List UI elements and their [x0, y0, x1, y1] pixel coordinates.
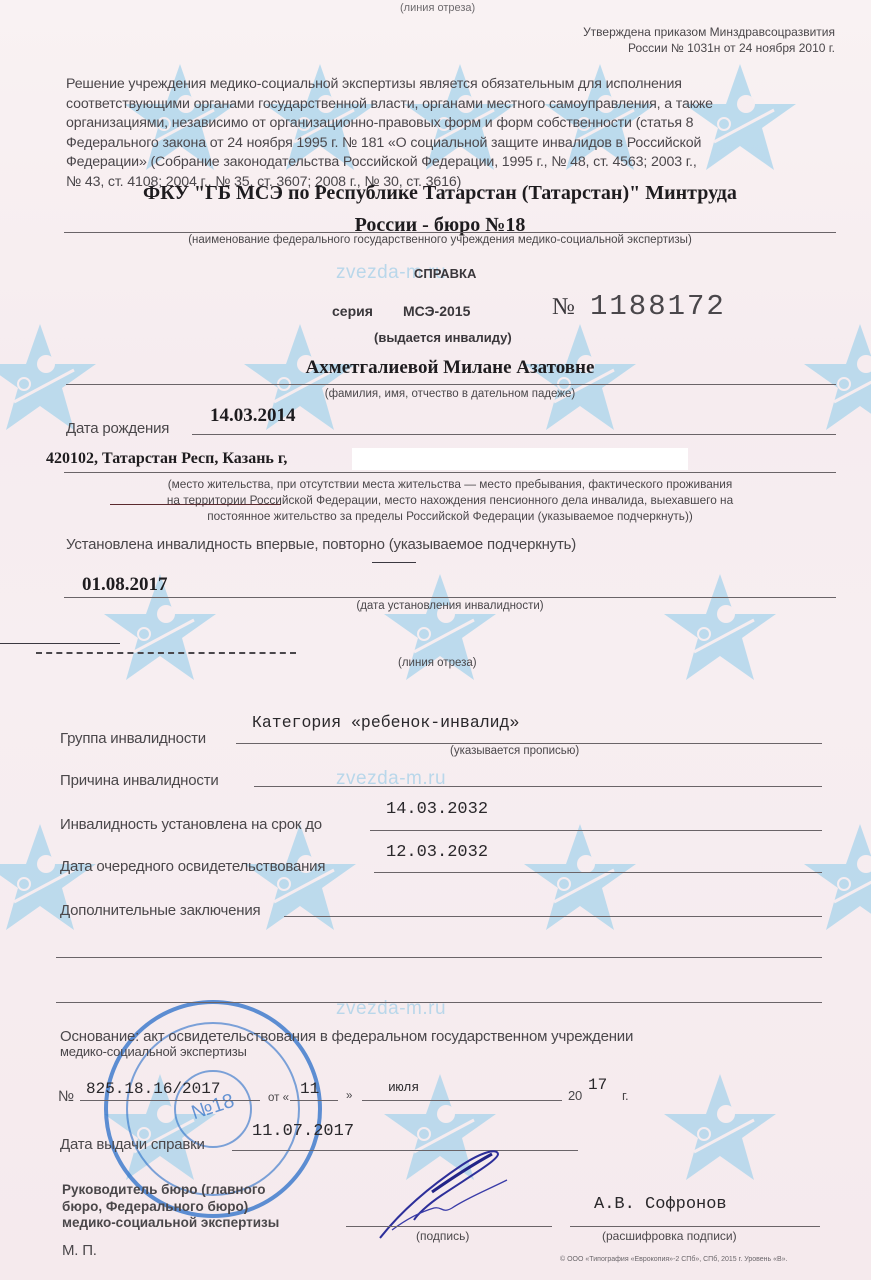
disability-established-label: Установлена инвалидность впервые, повтор…	[66, 536, 576, 553]
issue-date-label: Дата выдачи справки	[60, 1136, 205, 1153]
cause-label: Причина инвалидности	[60, 772, 219, 789]
issued-to-note: (выдается инвалиду)	[374, 330, 512, 345]
legal-notice-line: соответствующими органами государственно…	[66, 95, 846, 115]
certificate-number: 1188172	[590, 290, 726, 323]
approval-line-2: России № 1031н от 24 ноября 2010 г.	[583, 40, 835, 56]
term-label: Инвалидность установлена на срок до	[60, 816, 322, 833]
legal-notice-line: организациями, независимо от организацио…	[66, 114, 846, 134]
address-redaction	[352, 448, 688, 470]
legal-notice-line: Решение учреждения медико-социальной экс…	[66, 75, 846, 95]
legal-notice-line: Федерации» (Собрание законодательства Ро…	[66, 153, 846, 173]
group-value: Категория «ребенок-инвалид»	[252, 713, 519, 732]
strike-through-territory	[110, 504, 281, 505]
institution-caption: (наименование федерального государственн…	[60, 234, 820, 246]
act-number: 825.18.16/2017	[86, 1080, 220, 1098]
act-from-label: от «	[268, 1092, 289, 1104]
head-title-line: Руководитель бюро (главного	[62, 1182, 279, 1199]
address-value: 420102, Татарстан Респ, Казань г,	[46, 450, 287, 468]
act-year-g: г.	[622, 1088, 628, 1103]
series-value: МСЭ-2015	[403, 303, 470, 319]
person-full-name: Ахметгалиевой Милане Азатовне	[60, 357, 840, 379]
legal-notice-line: Федерального закона от 24 ноября 1995 г.…	[66, 134, 846, 154]
act-year-prefix: 20	[568, 1088, 582, 1103]
address-caption: (место жительства, при отсутствии места …	[60, 476, 840, 524]
act-year-suffix: 17	[588, 1076, 607, 1094]
series-label: серия	[332, 303, 373, 319]
head-title-line: медико-социальной экспертизы	[62, 1215, 279, 1232]
printer-imprint: © ООО «Типография «Еврокопия»-2 СПб», СП…	[560, 1256, 788, 1263]
address-caption-line: на территории Российской Федерации, мест…	[60, 492, 840, 508]
address-caption-line: постоянное жительство за пределы Российс…	[60, 508, 840, 524]
reexam-label: Дата очередного освидетельствования	[60, 858, 325, 875]
reexam-value: 12.03.2032	[386, 843, 488, 862]
extra-conclusions-label: Дополнительные заключения	[60, 902, 260, 919]
signature-caption: (подпись)	[416, 1229, 469, 1243]
head-title: Руководитель бюро (главного бюро, Федера…	[62, 1182, 279, 1232]
act-number-sign: №	[58, 1088, 74, 1105]
birth-date-label: Дата рождения	[66, 420, 169, 437]
signer-name: А.В. Софронов	[594, 1195, 727, 1214]
certificate-page: zvezda-m.ruzvezda-m.ruzvezda-m.ru №18 (л…	[0, 0, 871, 1280]
name-caption: (фамилия, имя, отчество в дательном паде…	[60, 388, 840, 400]
group-caption: (указывается прописью)	[450, 745, 579, 757]
issue-date-value: 11.07.2017	[252, 1122, 354, 1141]
certificate-title: СПРАВКА	[414, 266, 476, 281]
approval-line-1: Утверждена приказом Минздравсоцразвития	[583, 24, 835, 40]
decode-caption: (расшифровка подписи)	[602, 1229, 737, 1243]
repeat-underline	[372, 562, 416, 563]
term-value: 14.03.2032	[386, 800, 488, 819]
legal-notice: Решение учреждения медико-социальной экс…	[66, 75, 846, 193]
seal-place-label: М. П.	[62, 1242, 97, 1259]
basis-text-line-2: медико-социальной экспертизы	[60, 1044, 247, 1059]
address-caption-line: (место жительства, при отсутствии места …	[60, 476, 840, 492]
cut-line-label-middle: (линия отреза)	[398, 657, 477, 669]
number-sign: №	[552, 294, 575, 321]
head-title-line: бюро, Федерального бюро)	[62, 1199, 279, 1216]
institution-name-line-1: ФКУ "ГБ МСЭ по Республике Татарстан (Тат…	[60, 182, 820, 205]
date-established-caption: (дата установления инвалидности)	[60, 600, 840, 612]
cut-line-label-top: (линия отреза)	[400, 2, 475, 14]
cause-field	[254, 786, 822, 787]
act-day: 11	[300, 1080, 319, 1098]
date-established-value: 01.08.2017	[82, 574, 168, 596]
birth-date-value: 14.03.2014	[210, 405, 296, 427]
basis-text-line-1: Основание: акт освидетельствования в фед…	[60, 1028, 633, 1045]
act-month: июля	[388, 1080, 419, 1095]
act-close-quote: »	[346, 1090, 352, 1102]
cut-line	[36, 652, 296, 654]
group-label: Группа инвалидности	[60, 730, 206, 747]
approval-note: Утверждена приказом Минздравсоцразвития …	[583, 24, 835, 56]
